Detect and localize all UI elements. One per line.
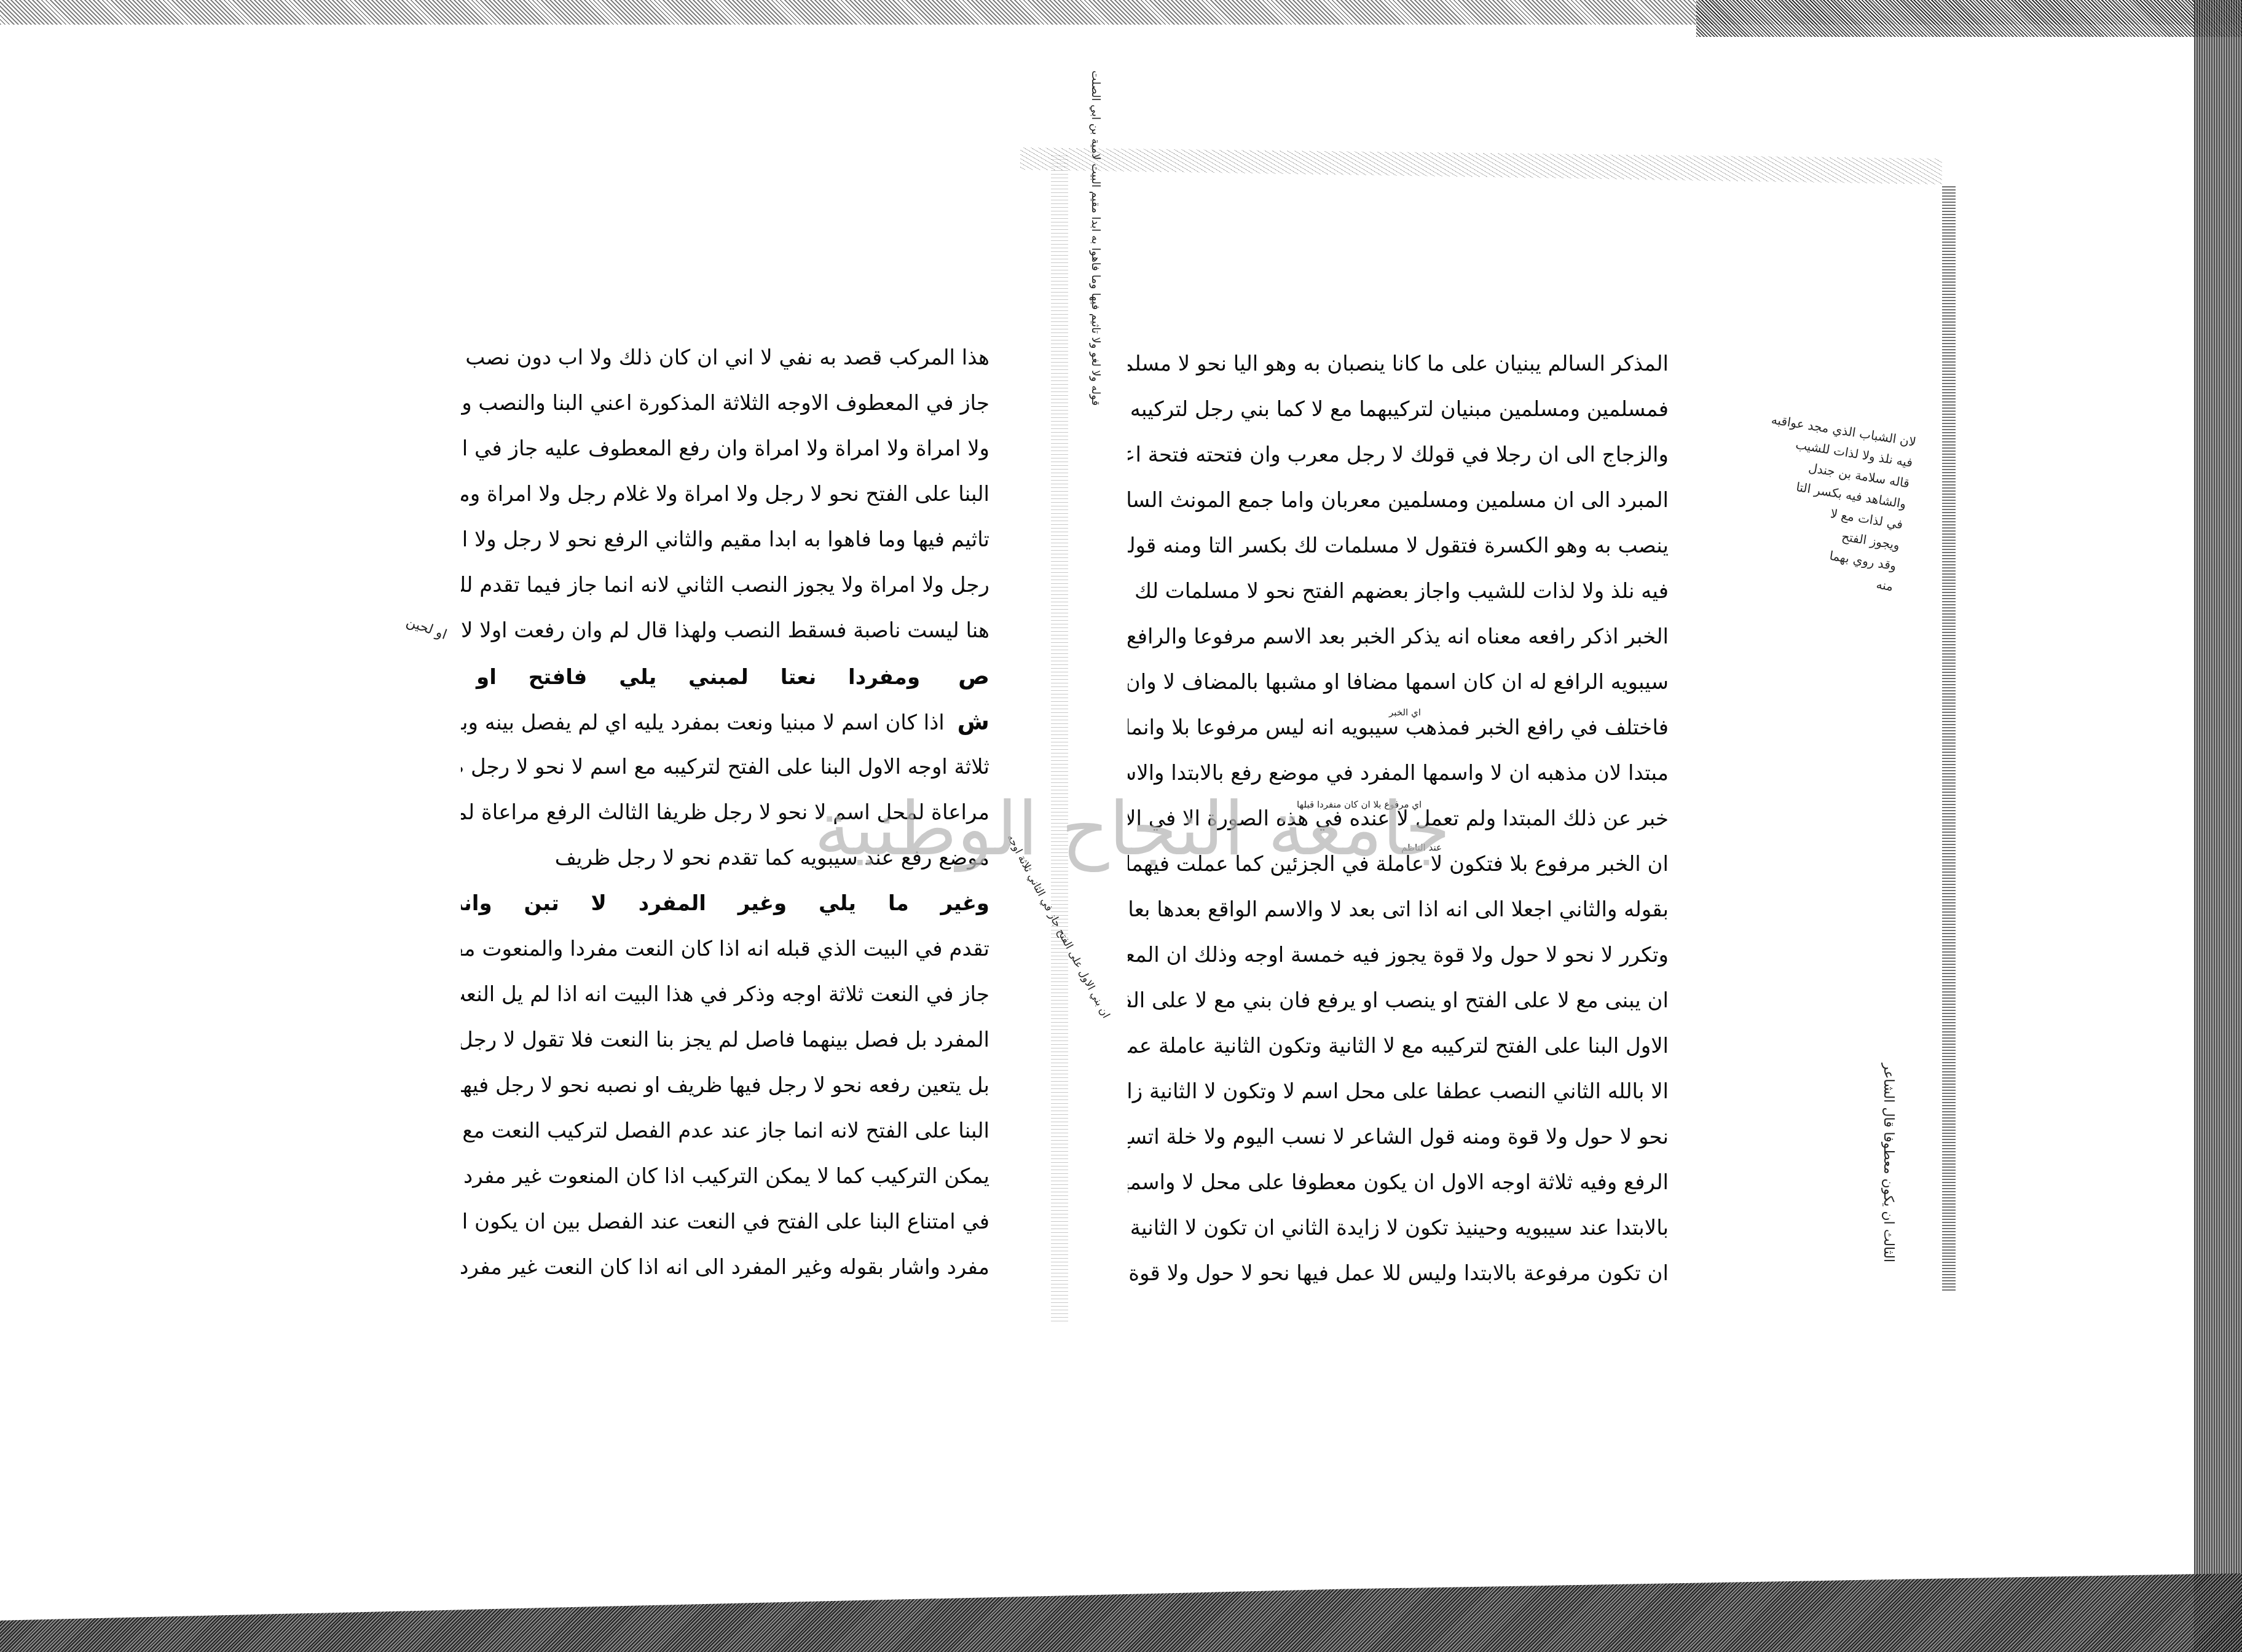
text-line: يمكن التركيب كما لا يمكن التركيب اذا كان… <box>461 1154 989 1199</box>
verse-line-1: ص ومفردا نعتا لمبني يلي فافتح او انصبا ا… <box>461 653 989 699</box>
page-top-edge <box>1020 147 1942 184</box>
text-line: بالابتدا عند سيبويه وحينيذ تكون لا زايدة… <box>1128 1205 1669 1251</box>
text-line: نحو لا حول ولا قوة ومنه قول الشاعر لا نس… <box>1128 1114 1669 1160</box>
text-line: المفرد بل فصل بينهما فاصل لم يجز بنا الن… <box>461 1017 989 1063</box>
text-line: فمسلمين ومسلمين مبنيان لتركيبهما مع لا ك… <box>1128 387 1669 432</box>
text-line: فيه نلذ ولا لذات للشيب واجاز بعضهم الفتح… <box>1128 568 1669 614</box>
text-line: البنا على الفتح لانه انما جاز عند عدم ال… <box>461 1108 989 1154</box>
text-line: تقدم في البيت الذي قبله انه اذا كان النع… <box>461 926 989 972</box>
commentary-marker: ش <box>958 708 989 735</box>
text-line: والزجاج الى ان رجلا في قولك لا رجل معرب … <box>1128 432 1669 478</box>
scan-border-top-right <box>1696 0 2242 37</box>
text-line: البنا على الفتح نحو لا رجل ولا امراة ولا… <box>461 471 989 517</box>
text-line: سيبويه الرافع له ان كان اسمها مضافا او م… <box>1128 659 1669 705</box>
text-line: ينصب به وهو الكسرة فتقول لا مسلمات لك بك… <box>1128 523 1669 568</box>
text-line: الاول البنا على الفتح لتركيبه مع لا الثا… <box>1128 1023 1669 1069</box>
text-line: ان تكون مرفوعة بالابتدا وليس للا عمل فيه… <box>1128 1251 1669 1296</box>
verse-hemistich: ومفردا نعتا لمبني يلي <box>619 665 920 690</box>
text-line: في امتناع البنا على الفتح في النعت عند ا… <box>461 1199 989 1245</box>
text-line: المذكر السالم يبنيان على ما كانا ينصبان … <box>1128 341 1669 387</box>
verse-hemistich: فافتح او انصبا او ارفع تعدل <box>461 665 587 690</box>
text-line: المبرد الى ان مسلمين ومسلمين معربان واما… <box>1128 478 1669 523</box>
text-line: الا بالله الثاني النصب عطفا على محل اسم … <box>1128 1069 1669 1114</box>
text-line: تاثيم فيها وما فاهوا به ابدا مقيم والثان… <box>461 517 989 562</box>
margin-note-left: او لحين <box>404 614 449 643</box>
book-gutter-fold <box>1051 154 1068 1321</box>
margin-note-right: لان الشباب الذي مجد عواقبه فيه نلذ ولا ل… <box>1648 393 1918 597</box>
gutter-note-container: قوله ولا لغو ولا تاثيم فيها وما فاهوا به… <box>1103 184 1165 529</box>
text-line: مفرد واشار بقوله وغير المفرد الى انه اذا… <box>461 1245 989 1290</box>
text-line: ش اذا كان اسم لا مبنيا ونعت بمفرد يليه ا… <box>461 699 989 744</box>
verse-hemistich: لا تبن وانصبه او الرفع اقصد <box>461 891 607 916</box>
text-line: هنا ليست ناصبة فسقط النصب ولهذا قال لم و… <box>461 608 989 653</box>
verse-marker: ص <box>958 663 989 690</box>
text-line: جاز في النعت ثلاثة اوجه وذكر في هذا البي… <box>461 972 989 1017</box>
text-line: رجل ولا امراة ولا يجوز النصب الثاني لانه… <box>461 562 989 608</box>
text-line: وتكرر لا نحو لا حول ولا قوة يجوز فيه خمس… <box>1128 932 1669 978</box>
text-line: هذا المركب قصد به نفي لا اني ان كان ذلك … <box>461 335 989 380</box>
text-line: الخبر اذكر رافعه معناه انه يذكر الخبر بع… <box>1128 614 1669 659</box>
gutter-note-vertical: قوله ولا لغو ولا تاثيم فيها وما فاهوا به… <box>1087 184 1103 406</box>
text-segment: اذا كان اسم لا مبنيا ونعت بمفرد يليه اي … <box>461 710 945 735</box>
page-edge-right <box>1942 184 1956 1291</box>
text-line: جاز في المعطوف الاوجه الثلاثة المذكورة ا… <box>461 380 989 426</box>
scan-border-right <box>2194 0 2242 1652</box>
interlinear-note: اي الخبر <box>1389 707 1421 718</box>
text-line: ولا امراة ولا امراة ولا امراة وان رفع ال… <box>461 426 989 471</box>
scan-border-bottom <box>0 1573 2242 1652</box>
margin-note-far-right: الثالث ان يكون معطوفا قال الشاعر <box>1874 1063 1899 1262</box>
text-line: بل يتعين رفعه نحو لا رجل فيها ظريف او نص… <box>461 1063 989 1108</box>
watermark: جامعة النجاح الوطنية <box>897 762 1450 897</box>
text-line: ان يبنى مع لا على الفتح او ينصب او يرفع … <box>1128 978 1669 1023</box>
text-line: الرفع وفيه ثلاثة اوجه الاول ان يكون معطو… <box>1128 1160 1669 1205</box>
